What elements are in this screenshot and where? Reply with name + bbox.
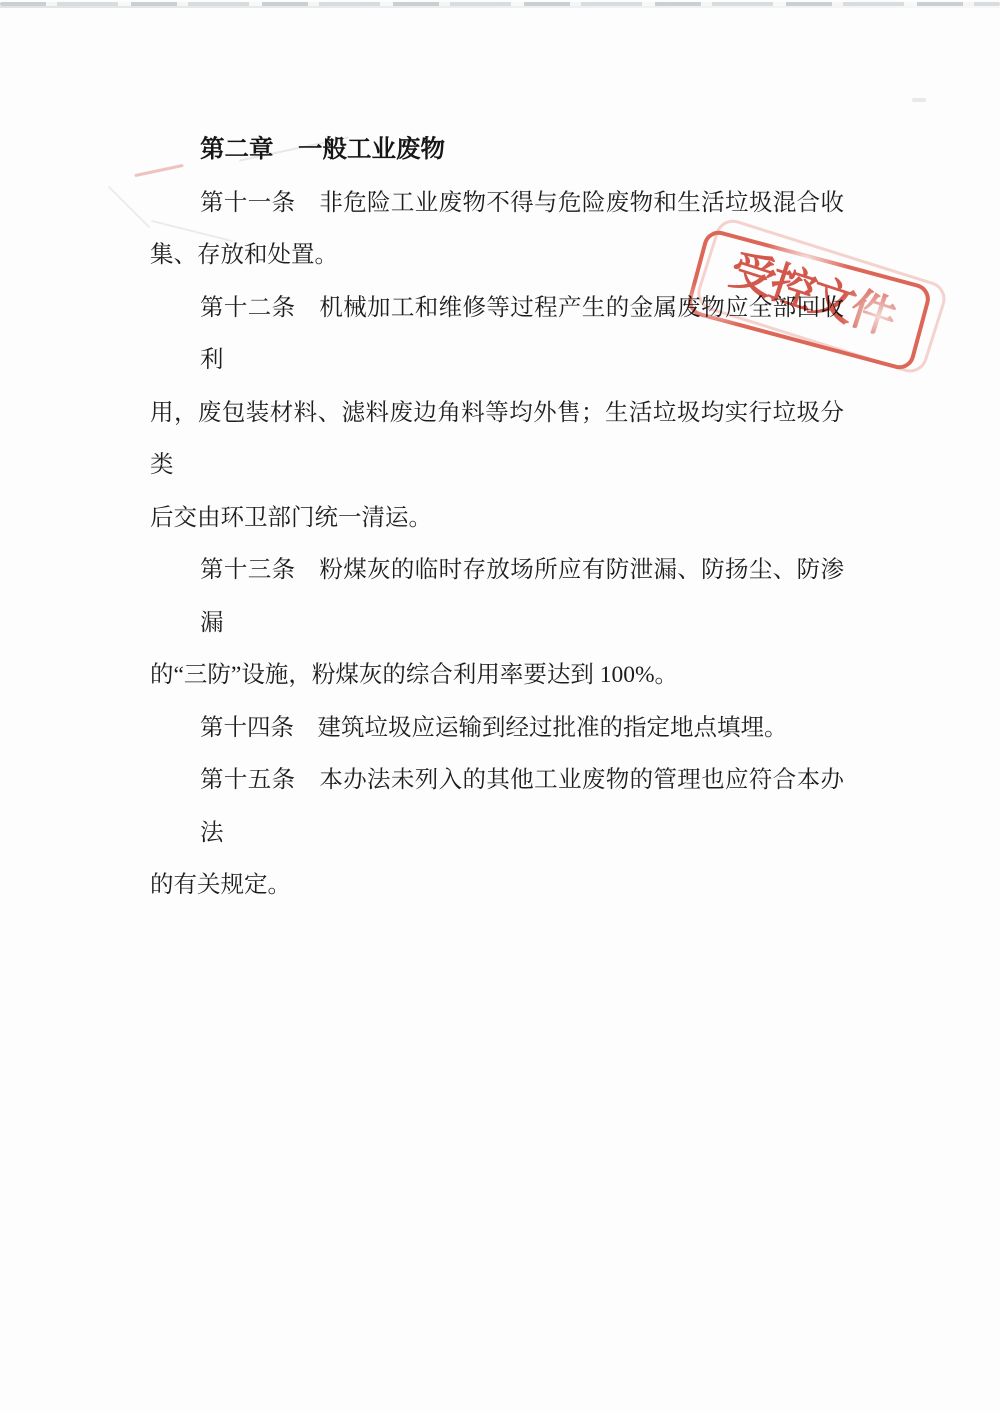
scanned-document-page: 第二章 一般工业废物第十一条 非危险工业废物不得与危险废物和生活垃圾混合收集、存… <box>0 0 1000 1413</box>
text-line: 第十四条 建筑垃圾应运输到经过批准的指定地点填埋。 <box>150 702 844 755</box>
text-line: 用，废包装材料、滤料废边角料等均外售；生活垃圾均实行垃圾分类 <box>150 387 844 492</box>
chapter-heading: 第二章 一般工业废物 <box>150 124 844 177</box>
text-line: 第十五条 本办法未列入的其他工业废物的管理也应符合本办法 <box>150 754 844 859</box>
text-line: 后交由环卫部门统一清运。 <box>150 492 844 545</box>
scan-crease-mark <box>108 186 150 228</box>
scan-speck <box>912 98 926 102</box>
text-line: 的“三防”设施，粉煤灰的综合利用率要达到 100%。 <box>150 649 844 702</box>
stamp-ink-fade <box>828 269 931 365</box>
text-line: 第十三条 粉煤灰的临时存放场所应有防泄漏、防扬尘、防渗漏 <box>150 544 844 649</box>
scanner-edge-artifact <box>0 6 1000 8</box>
text-line: 的有关规定。 <box>150 859 844 912</box>
